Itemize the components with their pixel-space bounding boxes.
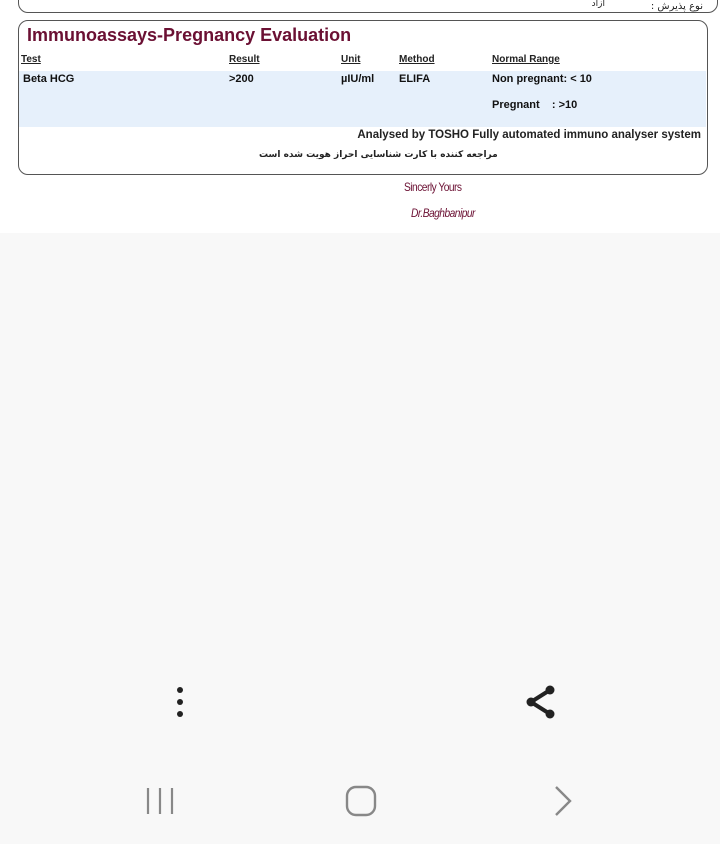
section-title: Immunoassays-Pregnancy Evaluation [27,25,351,46]
back-button[interactable] [538,781,588,821]
test-method: ELIFA [399,73,430,85]
signature: Dr.Baghbanipur [411,206,475,220]
column-header-test: Test [21,54,41,65]
normal-range-pregnant: Pregnant : >10 [492,99,577,111]
share-icon [524,685,556,719]
closing-text: Sincerly Yours [404,180,462,194]
previous-section-box: آزاد نوع پذیرش : [18,0,718,13]
back-icon [553,785,573,817]
more-options-button[interactable] [160,682,200,722]
test-name: Beta HCG [23,73,74,85]
home-icon [345,785,377,817]
admission-type-value: آزاد [592,0,605,9]
home-button[interactable] [336,781,386,821]
table-row: Beta HCG >200 µIU/ml ELIFA Non pregnant:… [19,71,706,127]
test-result: >200 [229,73,254,85]
admission-type-label: نوع پذیرش : [651,1,703,12]
column-header-normal-range: Normal Range [492,54,560,65]
identity-verified-note: مراجعه کننده با کارت شناسایی احراز هویت … [259,150,498,160]
more-vertical-icon [175,685,185,719]
analyser-note: Analysed by TOSHO Fully automated immuno… [357,129,701,141]
normal-range-non-pregnant: Non pregnant: < 10 [492,73,592,85]
column-header-result: Result [229,54,260,65]
share-button[interactable] [520,682,560,722]
report-document: آزاد نوع پذیرش : Immunoassays-Pregnancy … [0,0,720,233]
immunoassay-section: Immunoassays-Pregnancy Evaluation Test R… [18,20,708,175]
column-header-method: Method [399,54,435,65]
recents-button[interactable] [135,781,185,821]
column-header-unit: Unit [341,54,360,65]
test-unit: µIU/ml [341,73,374,85]
recents-icon [145,786,175,816]
